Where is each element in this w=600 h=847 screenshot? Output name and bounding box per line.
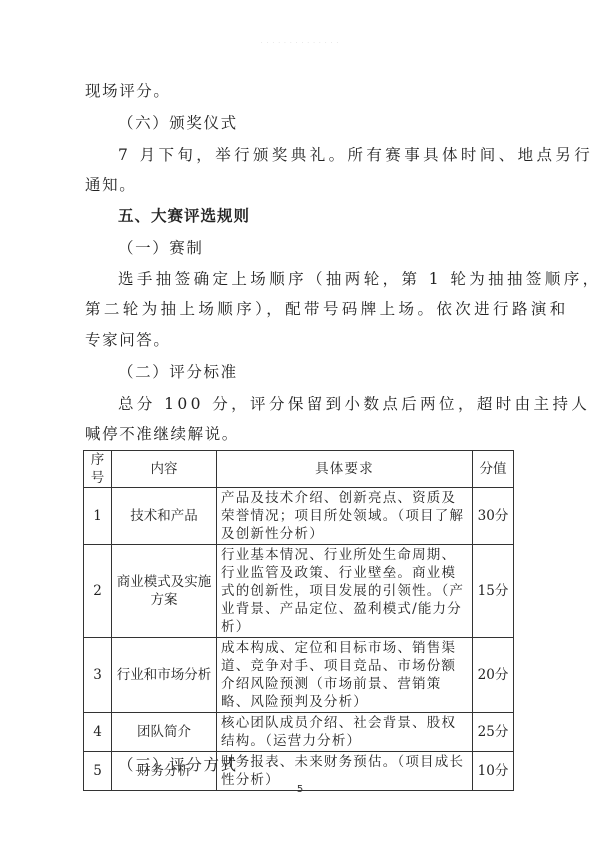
table-row: 2 商业模式及实施方案 行业基本情况、行业所处生命周期、行业监管及政策、行业壁垒…	[84, 545, 514, 638]
paragraph-line: 喊停不准继续解说。	[85, 425, 239, 443]
paragraph-line: 选手抽签确定上场顺序（抽两轮，第 1 轮为抽抽签顺序，	[118, 270, 600, 288]
paragraph-line: 7 月下旬，举行颁奖典礼。所有赛事具体时间、地点另行	[118, 146, 593, 164]
cell-score: 30分	[473, 488, 514, 545]
paragraph-line: 专家问答。	[85, 331, 171, 349]
scoring-criteria-table: 序号 内容 具体要求 分值 1 技术和产品 产品及技术介绍、创新亮点、资质及荣誉…	[83, 450, 514, 791]
paragraph-line: 现场评分。	[85, 82, 171, 100]
cell-score: 25分	[473, 713, 514, 752]
header-watermark: · · · · · · · · · · · · · ·	[0, 40, 600, 47]
subsection-heading: （六）颁奖仪式	[118, 114, 238, 132]
table-row: 1 技术和产品 产品及技术介绍、创新亮点、资质及荣誉情况；项目所处领域。（项目了…	[84, 488, 514, 545]
cell-content: 技术和产品	[112, 488, 217, 545]
section-heading: 五、大赛评选规则	[118, 207, 250, 225]
table-row: 4 团队简介 核心团队成员介绍、社会背景、股权结构。（运营力分析） 25分	[84, 713, 514, 752]
cell-requirements: 成本构成、定位和目标市场、销售渠道、竞争对手、项目竞品、市场份额介绍风险预测（市…	[217, 638, 473, 713]
paragraph-line: 通知。	[85, 176, 136, 194]
header-content: 内容	[112, 451, 217, 488]
cell-no: 1	[84, 488, 112, 545]
cell-no: 3	[84, 638, 112, 713]
header-requirements: 具体要求	[217, 451, 473, 488]
header-no: 序号	[84, 451, 112, 488]
cell-no: 4	[84, 713, 112, 752]
paragraph-line: 第二轮为抽上场顺序），配带号码牌上场。依次进行路演和	[85, 300, 569, 318]
paragraph-line: 总分 100 分，评分保留到小数点后两位，超时由主持人	[118, 395, 590, 413]
cell-requirements: 行业基本情况、行业所处生命周期、行业监管及政策、行业壁垒。商业模式的创新性，项目…	[217, 545, 473, 638]
cell-no: 2	[84, 545, 112, 638]
cell-requirements: 核心团队成员介绍、社会背景、股权结构。（运营力分析）	[217, 713, 473, 752]
page-number: 5	[0, 784, 600, 795]
subsection-heading: （一）赛制	[118, 239, 204, 257]
header-score: 分值	[473, 451, 514, 488]
subsection-heading: （二）评分标准	[118, 363, 238, 381]
cell-content: 行业和市场分析	[112, 638, 217, 713]
cell-content: 商业模式及实施方案	[112, 545, 217, 638]
table-row: 3 行业和市场分析 成本构成、定位和目标市场、销售渠道、竞争对手、项目竞品、市场…	[84, 638, 514, 713]
cell-content: 团队简介	[112, 713, 217, 752]
subsection-heading: （三）评分方式	[118, 756, 238, 774]
cell-score: 20分	[473, 638, 514, 713]
cell-score: 15分	[473, 545, 514, 638]
cell-requirements: 产品及技术介绍、创新亮点、资质及荣誉情况；项目所处领域。（项目了解及创新性分析）	[217, 488, 473, 545]
table-header-row: 序号 内容 具体要求 分值	[84, 451, 514, 488]
